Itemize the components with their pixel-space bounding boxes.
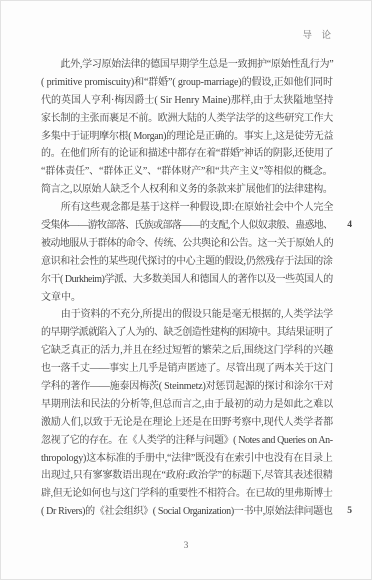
text-line: 简言之,以原始人缺乏个人权利和义务的条款来扩展他们的法律建构。 [41,181,333,199]
text-line: 也一落千丈——事实上几乎是销声匿迹了。尽管出现了两本关于这门 [41,360,333,378]
text-line: 此外,学习原始法律的德国早期学生总是一致拥护“原始性乱行为” [41,56,333,74]
text-line: ( Dr Rivers)的《社会组织》( Social Organization… [41,503,333,521]
text-line: 早期刑法和民法的分析等,但总而言之,由于最初的动力是如此之难以 [41,396,333,414]
text-line: “群体责任”、“群体正义”、“群体财产”和“共产主义”等相似的概念。 [41,163,333,181]
text-line: 它缺乏真正的活力,并且在经过短暂的繁荣之后,围绕这门学科的兴趣 [41,342,333,360]
text-line: ( primitive promiscuity)和“群婚”( group-mar… [41,74,333,92]
text-line: 家长制的主张而裹足不前。欧洲大陆的人类学法学的这些研究工作大 [41,110,333,128]
text-line: thropology)这本标准的手册中,“法律”既没有在索引中也没有在目录上 [41,450,333,468]
text-line: 尔干( Durkheim)学派、大多数美国人和德国人的著作以及一些英国人的 [41,271,333,289]
text-line: 多集中于证明摩尔根( Morgan)的理论是正确的。事实上,这是徒劳无益 [41,128,333,146]
page-number: 3 [1,541,371,551]
text-line: 被动地服从于群体的命令、传统、公共舆论和公告。这一关于原始人的 [41,235,333,253]
book-page: 导 论 此外,学习原始法律的德国早期学生总是一致拥护“原始性乱行为”( prim… [0,0,372,580]
text-line: 学科的著作——施泰因梅茨( Steinmetz)对惩罚起源的探讨和涂尔干对 [41,378,333,396]
running-header-title: 导 论 [302,27,331,41]
text-line: 所有这些观念都是基于这样一种假设,即:在原始社会中个人完全 [41,199,333,217]
text-line: 意识和社会性的某些现代探讨的中心主题的假设,仍然残存于法国的涂 [41,253,333,271]
text-line: 代的英国人亨利·梅因爵士( Sir Henry Maine)那样,由于太狭隘地坚… [41,92,333,110]
text-line: 出现过,只有寥寥数语出现在“政府:政治学”的标题下,尽管其表述很精 [41,467,333,485]
text-line: 的早期学派就陷入了人为的、缺乏创造性建构的困境中。其结果证明了 [41,324,333,342]
body-text-block: 此外,学习原始法律的德国早期学生总是一致拥护“原始性乱行为”( primitiv… [41,56,333,521]
text-line: 忽视了它的存在。在《人类学的注释与问题》( Notes and Queries … [41,432,333,450]
text-line: 受集体——游牧部落、氏族或部落——的支配,个人似奴隶般、蛊惑地、4 [41,217,333,235]
text-line: 激励人们,以致于无论是在理论上还是在田野考察中,现代人类学者都 [41,414,333,432]
text-line: 由于资料的不充分,所提出的假设只能是毫无根据的,人类学法学 [41,306,333,324]
text-line: 文章中。 [41,289,333,307]
text-line: 辟,但无论如何也与这门学科的重要性不相符合。在已故的里弗斯博士 [41,485,333,503]
margin-page-number: 4 [347,217,352,235]
margin-page-number: 5 [347,503,352,521]
text-line: 的。在他们所有的论证和描述中都存在着“群婚”神话的阴影,还使用了 [41,145,333,163]
